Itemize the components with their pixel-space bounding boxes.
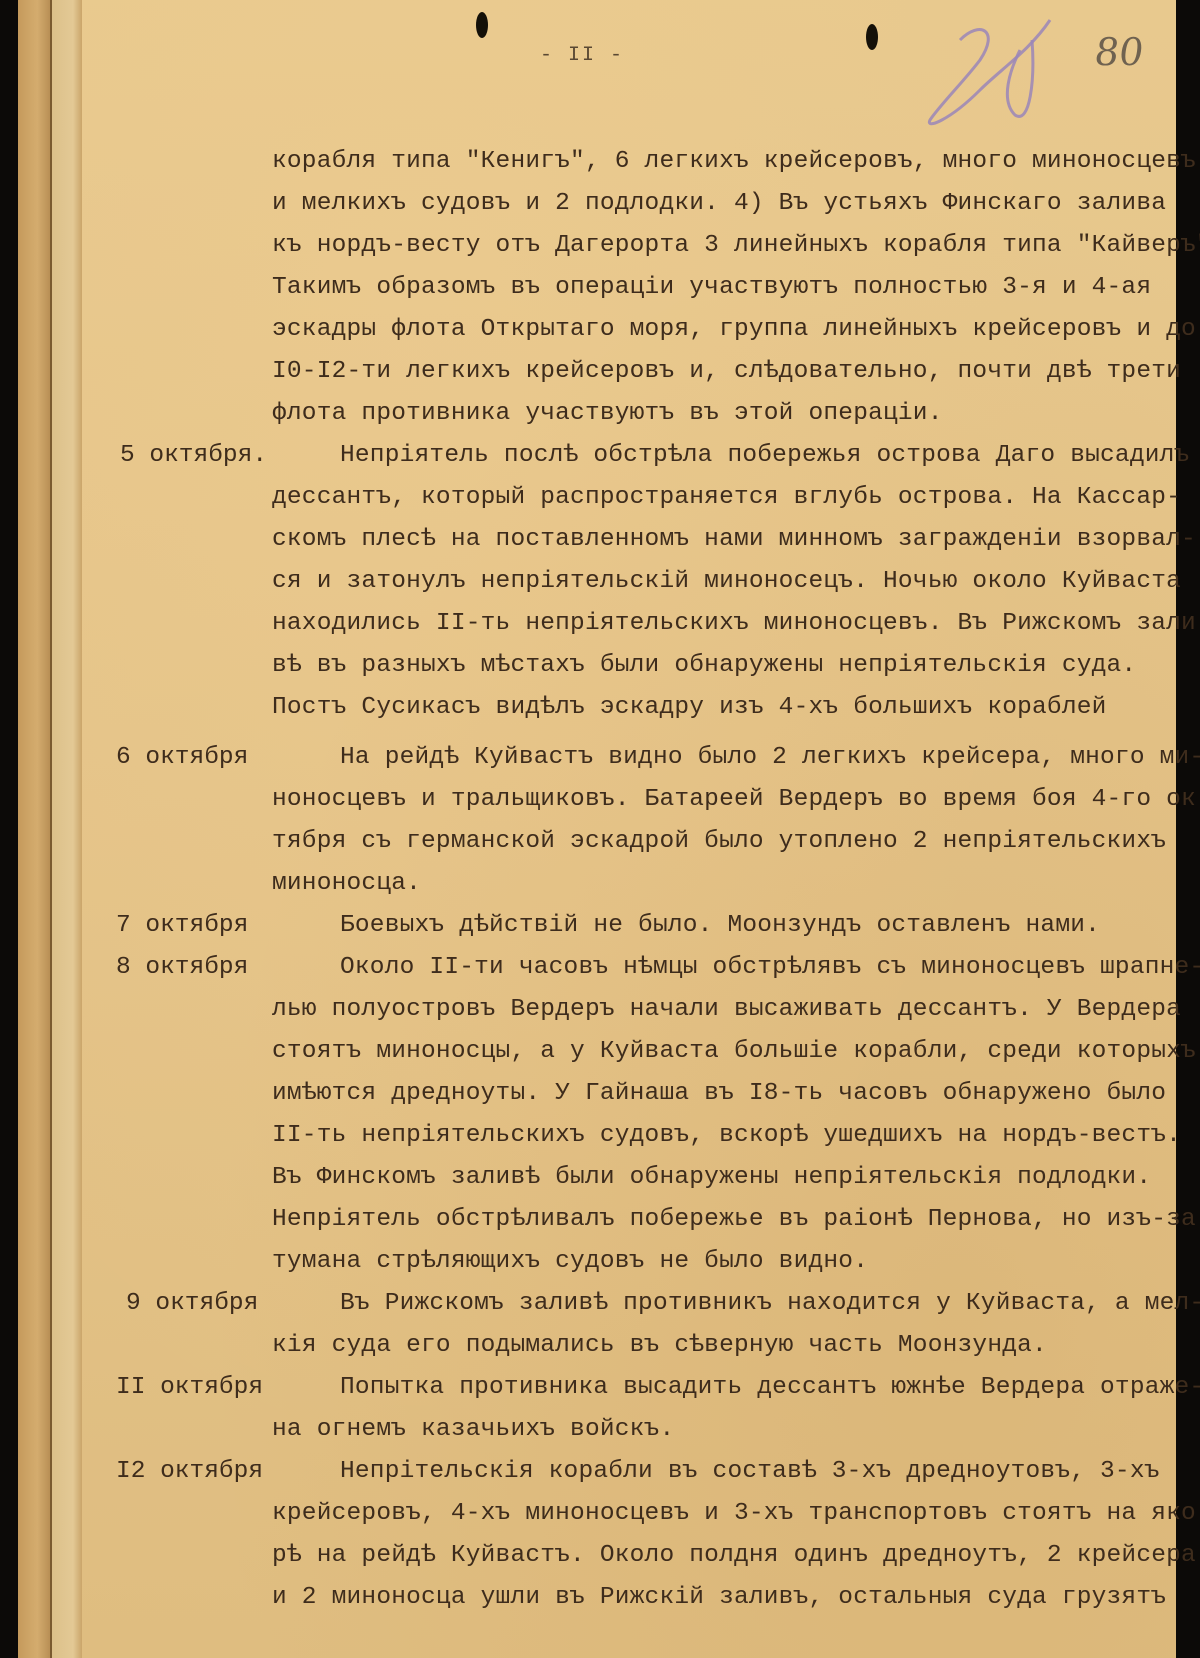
text-line: скомъ плесѣ на поставленномъ нами минном… [272, 526, 1196, 553]
entry-date: I2 октября [116, 1458, 263, 1485]
text-line: Непрiятель обстрѣливалъ побережье въ раi… [272, 1206, 1196, 1233]
text-line: I0-I2-ти легкихъ крейсеровъ и, слѣдовате… [272, 358, 1181, 385]
text-line: Въ Рижскомъ заливѣ противникъ находится … [340, 1290, 1200, 1317]
text-line: на огнемъ казачьихъ войскъ. [272, 1416, 674, 1443]
text-line: эскадры флота Открытаго моря, группа лин… [272, 316, 1196, 343]
text-line: Боевыхъ дѣйствiй не было. Моонзундъ оста… [340, 912, 1100, 939]
text-line: тумана стрѣляющихъ судовъ не было видно. [272, 1248, 868, 1275]
binding-edge-outer [18, 0, 52, 1658]
entry-date: 8 октября [116, 954, 248, 981]
entry-date: 7 октября [116, 912, 248, 939]
text-line: лью полуостровъ Вердеръ начали высаживат… [272, 996, 1181, 1023]
punch-hole-left [476, 12, 488, 38]
text-line: Такимъ образомъ въ операцiи участвуютъ п… [272, 274, 1151, 301]
text-line: Попытка противника высадить дессантъ южн… [340, 1374, 1200, 1401]
text-line: стоятъ миноносцы, а у Куйваста большiе к… [272, 1038, 1196, 1065]
text-line: тября съ германской эскадрой было утопле… [272, 828, 1166, 855]
text-line: имѣются дредноуты. У Гайнаша въ I8-ть ча… [272, 1080, 1166, 1107]
text-line: кiя суда его подымались въ сѣверную част… [272, 1332, 1047, 1359]
punch-hole-right [866, 24, 878, 50]
text-line: На рейдѣ Куйвастъ видно было 2 легкихъ к… [340, 744, 1200, 771]
text-line: II-ть непрiятельскихъ судовъ, вскорѣ уше… [272, 1122, 1181, 1149]
page-number: - II - [540, 44, 624, 67]
text-line: къ нордъ-весту отъ Дагерорта 3 линейныхъ… [272, 232, 1200, 259]
text-line: Непрiтельскiя корабли въ составѣ 3-хъ др… [340, 1458, 1160, 1485]
text-line: ноносцевъ и тральщиковъ. Батареей Вердер… [272, 786, 1200, 813]
archive-stamp-signature-icon [920, 10, 1080, 130]
binding-edge-inner [52, 0, 82, 1658]
text-line: Непрiятель послѣ обстрѣла побережья остр… [340, 442, 1189, 469]
text-line: миноносца. [272, 870, 421, 897]
text-line: флота противника участвуютъ въ этой опер… [272, 400, 943, 427]
text-line: находились II-ть непрiятельскихъ минонос… [272, 610, 1200, 637]
text-line: Въ Финскомъ заливѣ были обнаружены непрi… [272, 1164, 1151, 1191]
text-line: ся и затонулъ непрiятельскiй миноносецъ.… [272, 568, 1181, 595]
text-line: Около II-ти часовъ нѣмцы обстрѣлявъ съ м… [340, 954, 1200, 981]
entry-date: 9 октября [126, 1290, 258, 1317]
archive-page-number: 80 [1092, 30, 1147, 74]
text-line: и 2 миноносца ушли въ Рижскiй заливъ, ос… [272, 1584, 1166, 1611]
text-line: вѣ въ разныхъ мѣстахъ были обнаружены не… [272, 652, 1136, 679]
text-line: дессантъ, который распространяется вглуб… [272, 484, 1181, 511]
entry-date: 6 октября [116, 744, 248, 771]
text-line: и мелкихъ судовъ и 2 подлодки. 4) Въ уст… [272, 190, 1166, 217]
text-line: рѣ на рейдѣ Куйвастъ. Около полдня одинъ… [272, 1542, 1196, 1569]
entry-date: II октября [116, 1374, 263, 1401]
text-line: корабля типа "Кенигъ", 6 легкихъ крейсер… [272, 148, 1196, 175]
text-line: Постъ Сусикасъ видѣлъ эскадру изъ 4-хъ б… [272, 694, 1107, 721]
text-line: крейсеровъ, 4-хъ миноносцевъ и 3-хъ тран… [272, 1500, 1200, 1527]
entry-date: 5 октября. [120, 442, 267, 469]
